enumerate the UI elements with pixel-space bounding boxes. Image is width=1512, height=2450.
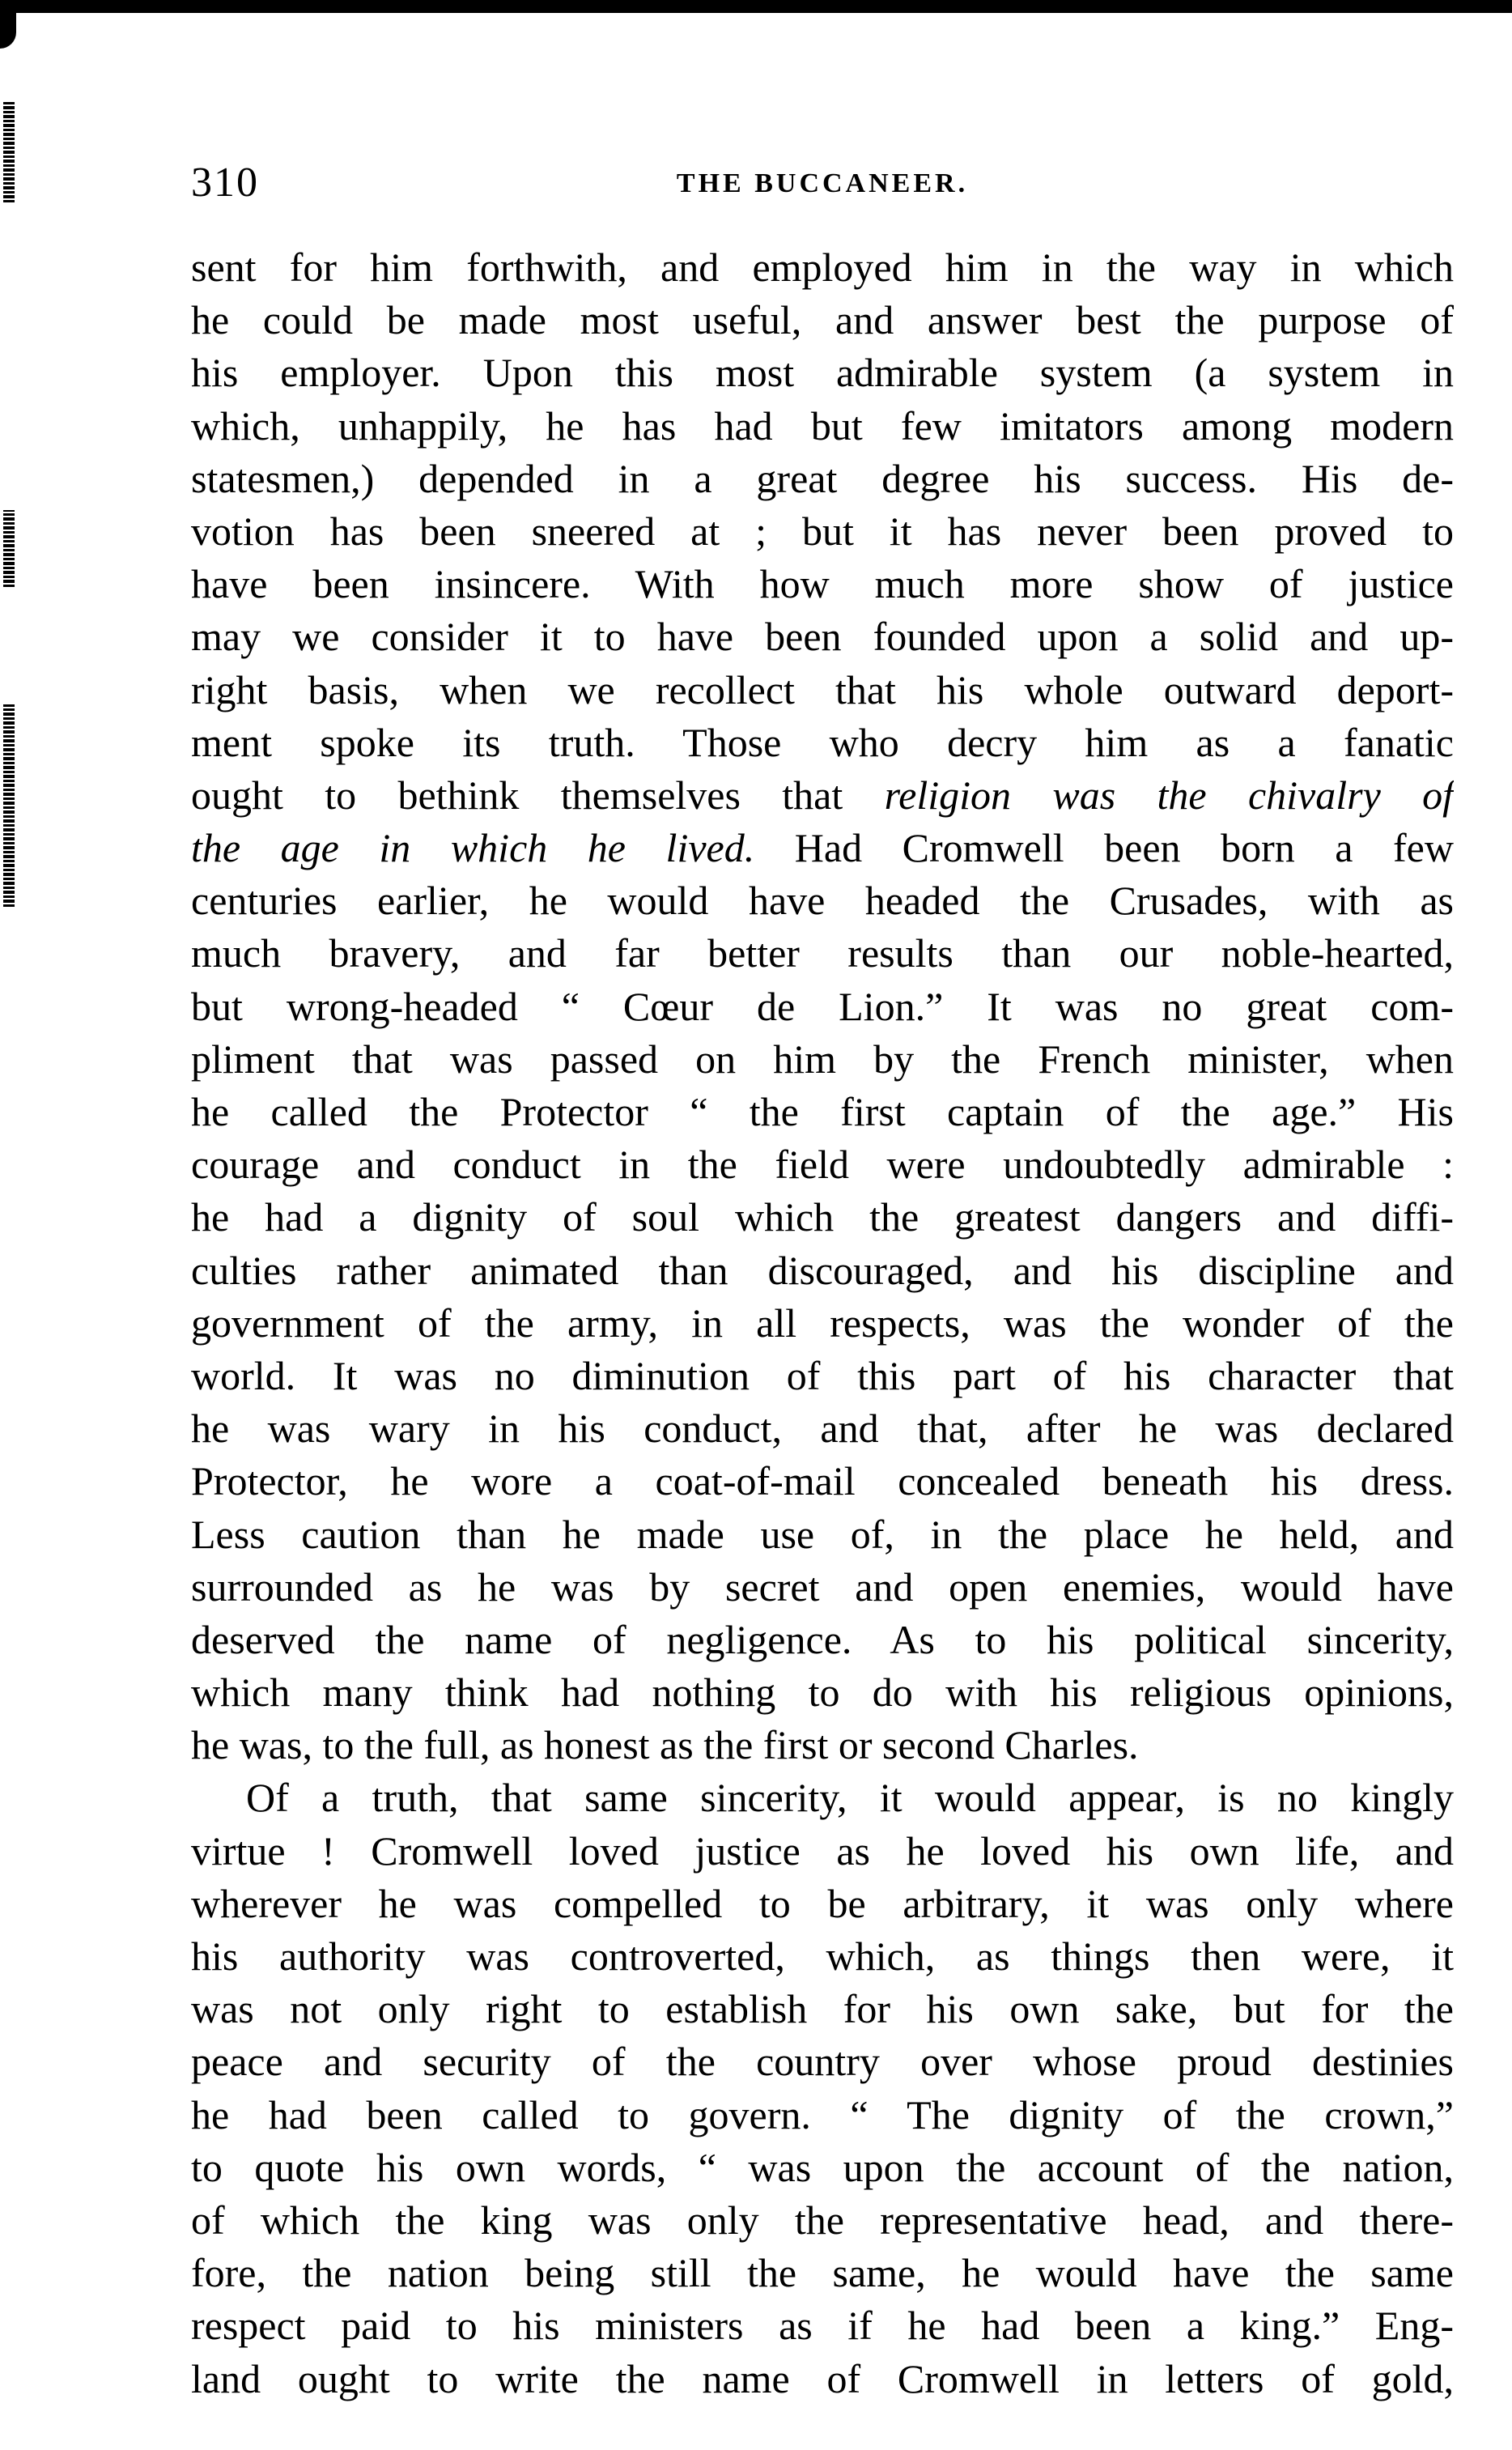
text-line: statesmen,) depended in a great degree h… — [191, 453, 1454, 505]
running-title: THE BUCCANEER. — [191, 168, 1454, 199]
text-line: ought to bethink themselves that religio… — [191, 769, 1454, 822]
text-line: Of a truth, that same sincerity, it woul… — [191, 1772, 1454, 1824]
text-line: courage and conduct in the field were un… — [191, 1138, 1454, 1191]
text-line: Protector, he wore a coat-of-mail concea… — [191, 1455, 1454, 1508]
text-line: was not only right to establish for his … — [191, 1983, 1454, 2035]
text-line: right basis, when we recollect that his … — [191, 664, 1454, 717]
text-line: wherever he was compelled to be arbitrar… — [191, 1878, 1454, 1930]
text-line: he could be made most useful, and answer… — [191, 294, 1454, 347]
text-line: which many think had nothing to do with … — [191, 1666, 1454, 1719]
text-line: votion has been sneered at ; but it has … — [191, 505, 1454, 558]
page-header: 310 THE BUCCANEER. — [191, 159, 1454, 207]
text-line: but wrong-headed “ Cœur de Lion.” It was… — [191, 980, 1454, 1033]
text-line: he called the Protector “ the first capt… — [191, 1086, 1454, 1138]
text-line: land ought to write the name of Cromwell… — [191, 2353, 1454, 2405]
text-line: fore, the nation being still the same, h… — [191, 2247, 1454, 2299]
italic-phrase: the age in which he lived. — [191, 825, 754, 870]
scan-top-edge — [0, 0, 1512, 13]
text-line: of which the king was only the represent… — [191, 2194, 1454, 2247]
scan-corner-shadow — [0, 0, 16, 49]
text-line: the age in which he lived. Had Cromwell … — [191, 822, 1454, 874]
text-line: he was wary in his conduct, and that, af… — [191, 1402, 1454, 1455]
text-line: virtue ! Cromwell loved justice as he lo… — [191, 1825, 1454, 1878]
text-line: culties rather animated than discouraged… — [191, 1244, 1454, 1297]
text-line: much bravery, and far better results tha… — [191, 927, 1454, 980]
text-line: which, unhappily, he has had but few imi… — [191, 400, 1454, 453]
binding-mark — [3, 704, 15, 907]
text-line: government of the army, in all respects,… — [191, 1297, 1454, 1350]
text-line: world. It was no diminution of this part… — [191, 1350, 1454, 1402]
page-body: sent for him forthwith, and employed him… — [191, 241, 1454, 2405]
text-line: sent for him forthwith, and employed him… — [191, 241, 1454, 294]
binding-mark — [3, 101, 15, 202]
text-line: his authority was controverted, which, a… — [191, 1930, 1454, 1983]
text-line: surrounded as he was by secret and open … — [191, 1561, 1454, 1614]
text-line: centuries earlier, he would have headed … — [191, 874, 1454, 927]
text-line: he had a dignity of soul which the great… — [191, 1191, 1454, 1244]
text-line: peace and security of the country over w… — [191, 2035, 1454, 2088]
text-line: ment spoke its truth. Those who decry hi… — [191, 717, 1454, 769]
text-line: he had been called to govern. “ The dign… — [191, 2089, 1454, 2142]
text-line: his employer. Upon this most admirable s… — [191, 347, 1454, 399]
italic-phrase: religion was the chivalry of — [885, 772, 1454, 818]
text-line: pliment that was passed on him by the Fr… — [191, 1033, 1454, 1086]
text-line: may we consider it to have been founded … — [191, 610, 1454, 663]
binding-mark — [3, 510, 15, 587]
text-line: Less caution than he made use of, in the… — [191, 1508, 1454, 1561]
text-line: have been insincere. With how much more … — [191, 558, 1454, 610]
text-line: to quote his own words, “ was upon the a… — [191, 2142, 1454, 2194]
text-line: respect paid to his ministers as if he h… — [191, 2299, 1454, 2352]
text-line: deserved the name of negligence. As to h… — [191, 1614, 1454, 1666]
text-line: he was, to the full, as honest as the fi… — [191, 1719, 1454, 1772]
